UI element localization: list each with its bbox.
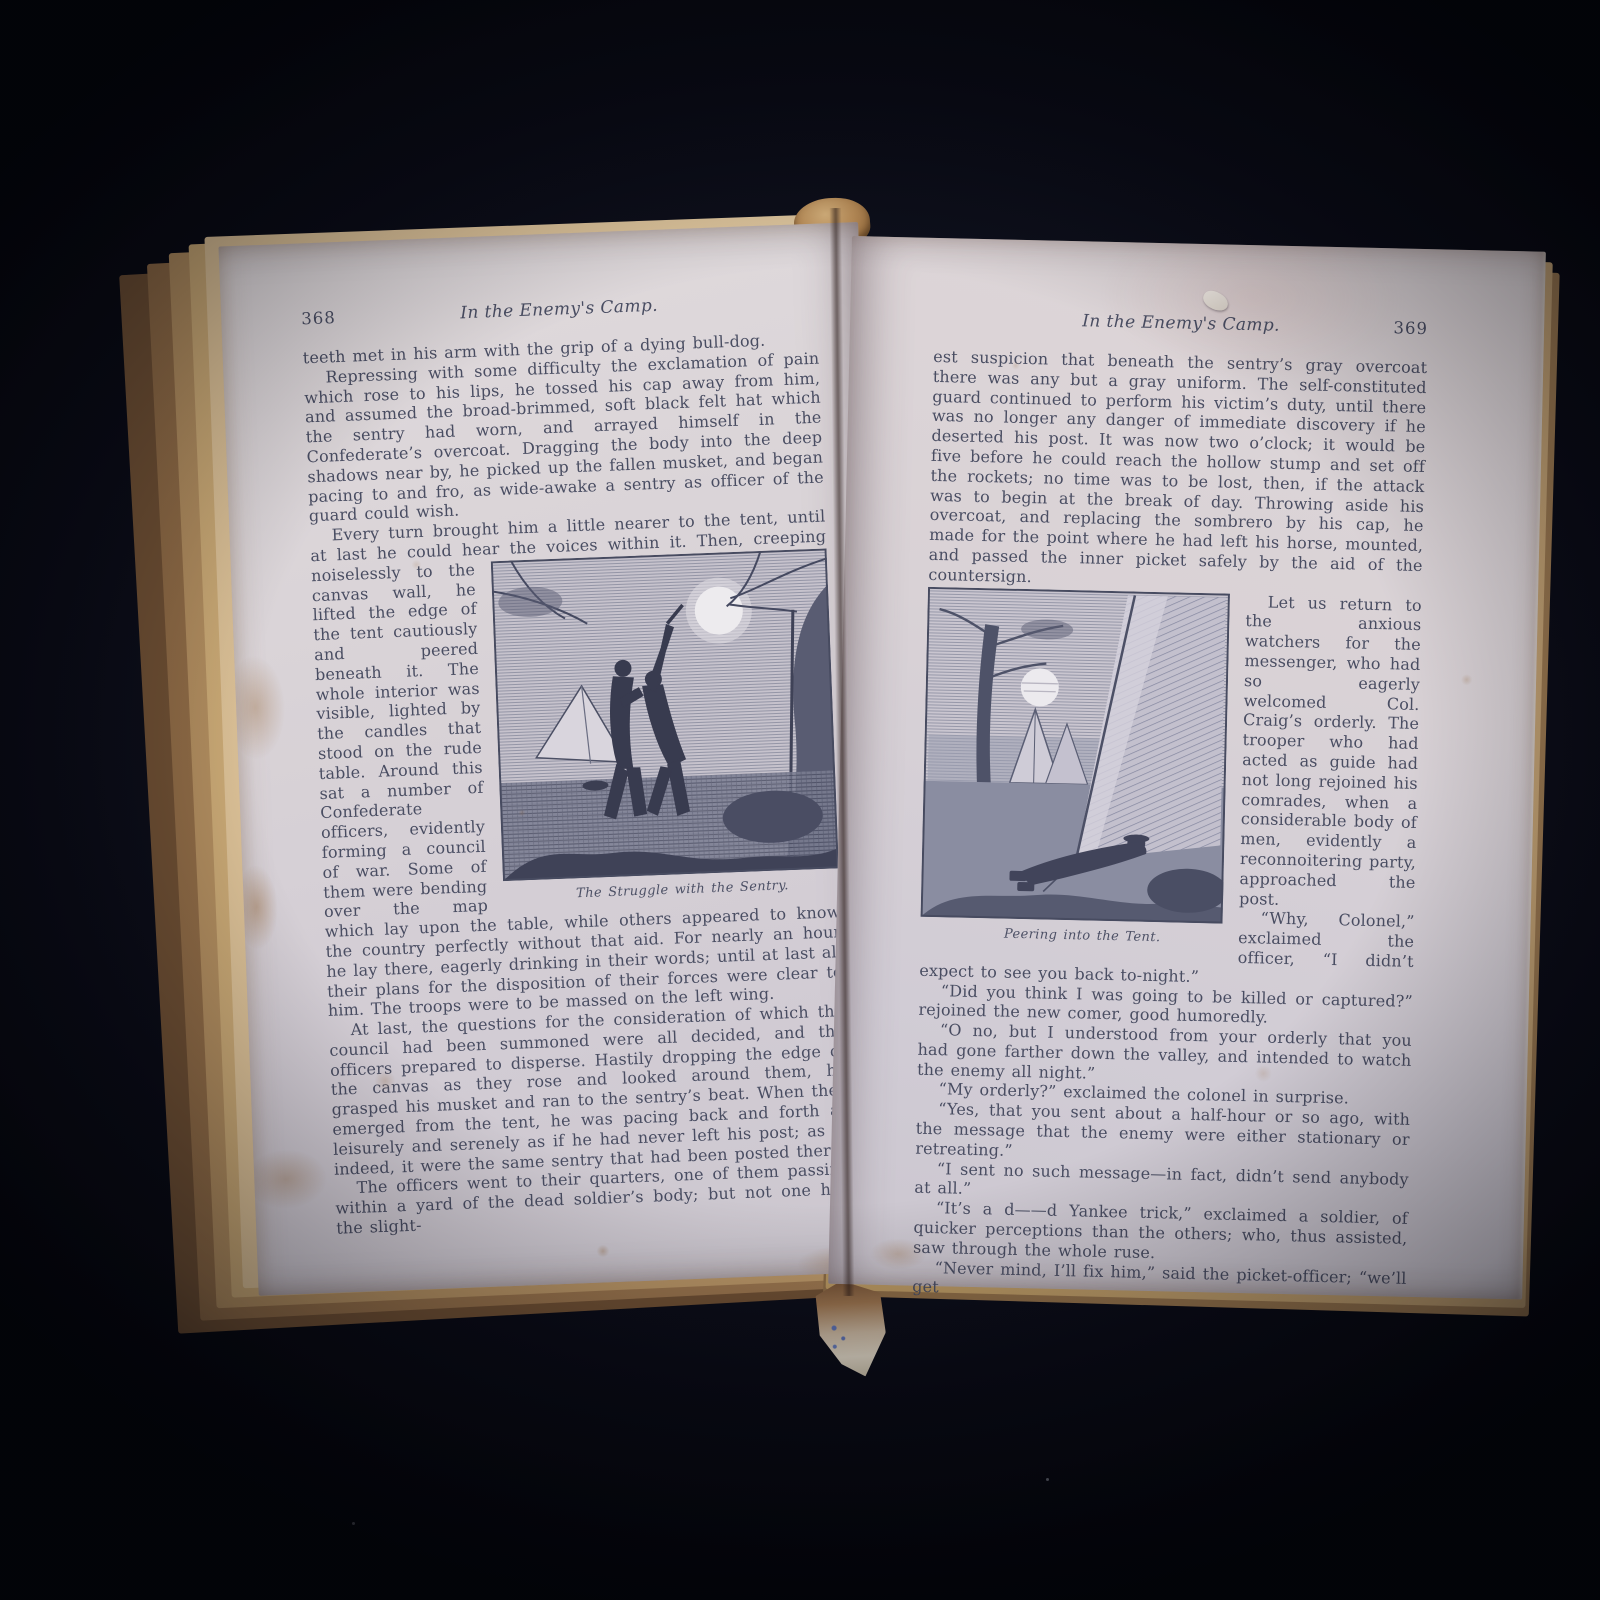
running-header: In the Enemy's Camp.	[301, 290, 817, 330]
left-page: 368 In the Enemy's Camp. teeth met in hi…	[218, 222, 898, 1296]
body-paragraph: At last, the questions for the considera…	[328, 1001, 850, 1179]
book-photograph: 368 In the Enemy's Camp. teeth met in hi…	[0, 0, 1600, 1600]
body-paragraph: Repressing with some difficulty the excl…	[303, 348, 825, 526]
engraving-peering-into-tent: Peering into the Tent.	[920, 586, 1230, 949]
page-number: 369	[1393, 318, 1428, 338]
body-paragraph: Every turn brought him a little nearer t…	[309, 507, 844, 1021]
left-page-text: teeth met in his arm with the grip of a …	[302, 329, 852, 1239]
running-header: In the Enemy's Camp.	[934, 308, 1428, 339]
body-paragraph: “O no, but I understood from your orderl…	[917, 1020, 1412, 1091]
right-page: In the Enemy's Camp. 369 est suspicion t…	[828, 236, 1546, 1299]
dust-speck	[1046, 1478, 1049, 1481]
running-header-row: In the Enemy's Camp. 369	[934, 308, 1428, 343]
paper-chip	[1200, 288, 1231, 314]
body-paragraph: est suspicion that beneath the sentry’s …	[928, 347, 1427, 596]
body-paragraph: “It’s a d——d Yankee trick,” exclaimed a …	[913, 1198, 1408, 1269]
page-number: 368	[301, 308, 336, 328]
body-paragraph: Peering into the Tent.Let us return to t…	[921, 584, 1422, 912]
engraving-illustration	[921, 586, 1230, 923]
running-header-row: 368 In the Enemy's Camp.	[301, 290, 818, 334]
dust-speck	[352, 1522, 355, 1525]
body-paragraph: “Yes, that you sent about a half-hour or…	[915, 1099, 1410, 1170]
paragraph-text: Let us return to the anxious watchers fo…	[1239, 592, 1422, 908]
engraving-struggle-with-sentry: The Struggle with the Sentry.	[491, 548, 840, 906]
right-page-text: est suspicion that beneath the sentry’s …	[912, 347, 1427, 1308]
engraving-illustration	[491, 548, 839, 881]
